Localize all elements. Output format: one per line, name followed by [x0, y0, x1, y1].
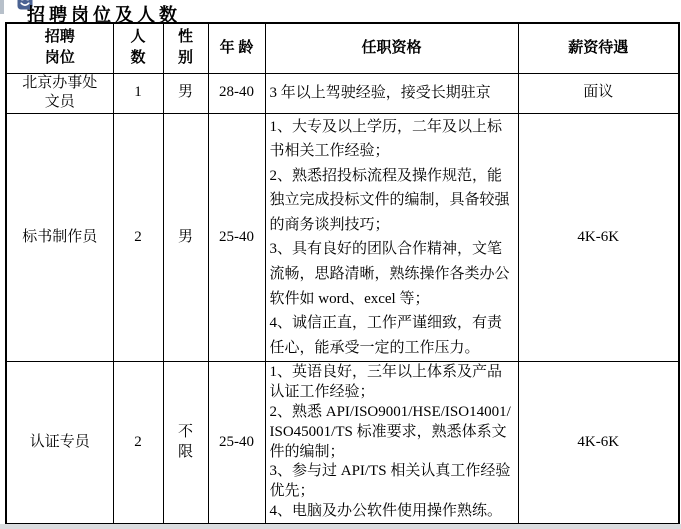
cell-gender[interactable]: 男 — [163, 113, 208, 362]
qualification-line: 4、电脑及办公软件使用操作熟练。 — [270, 502, 516, 522]
cell-qualifications[interactable]: 3 年以上驾驶经验，接受长期驻京 — [265, 73, 518, 113]
column-header-qualifications[interactable]: 任职资格 — [265, 23, 518, 73]
column-header-position[interactable]: 招聘 岗位 — [6, 23, 113, 73]
cell-salary[interactable]: 面议 — [518, 73, 679, 113]
column-header-salary[interactable]: 薪资待遇 — [518, 23, 679, 73]
page-bottom-edge — [0, 524, 681, 529]
recruitment-table: 招聘 岗位 人 数 性 别 年 龄 任职资格 薪资待遇 北京办事处 文员 1 男… — [5, 22, 680, 525]
cell-gender[interactable]: 男 — [163, 73, 208, 113]
table-row: 北京办事处 文员 1 男 28-40 3 年以上驾驶经验，接受长期驻京 面议 — [6, 73, 679, 113]
qualification-line: 3、具有良好的团队合作精神，文笔流畅，思路清晰，熟练操作各类办公软件如 word… — [270, 237, 516, 311]
cell-salary[interactable]: 4K-6K — [518, 362, 679, 524]
cell-count[interactable]: 2 — [113, 362, 163, 524]
cell-position[interactable]: 标书制作员 — [6, 113, 113, 362]
cell-count[interactable]: 2 — [113, 113, 163, 362]
cell-position[interactable]: 认证专员 — [6, 362, 113, 524]
qualification-line: 1、英语良好，三年以上体系及产品认证工作经验； — [270, 363, 516, 403]
qualification-line: 3、参与过 API/TS 相关认真工作经验优先； — [270, 462, 516, 502]
column-header-count[interactable]: 人 数 — [113, 23, 163, 73]
qualification-line: 4、诚信正直，工作严谨细致，有责任心，能承受一定的工作压力。 — [270, 311, 516, 360]
header-row: 招聘 岗位 人 数 性 别 年 龄 任职资格 薪资待遇 — [6, 23, 679, 73]
cell-qualifications[interactable]: 1、英语良好，三年以上体系及产品认证工作经验； 2、熟悉 API/ISO9001… — [265, 362, 518, 524]
cell-position[interactable]: 北京办事处 文员 — [6, 73, 113, 113]
column-header-gender[interactable]: 性 别 — [163, 23, 208, 73]
table-row: 认证专员 2 不 限 25-40 1、英语良好，三年以上体系及产品认证工作经验；… — [6, 362, 679, 524]
cell-gender[interactable]: 不 限 — [163, 362, 208, 524]
cell-qualifications[interactable]: 1、大专及以上学历，二年及以上标书相关工作经验； 2、熟悉招投标流程及操作规范，… — [265, 113, 518, 362]
qualification-line: 3 年以上驾驶经验，接受长期驻京 — [270, 83, 516, 103]
table-row: 标书制作员 2 男 25-40 1、大专及以上学历，二年及以上标书相关工作经验；… — [6, 113, 679, 362]
page-edge-fragment — [0, 0, 4, 14]
column-header-age[interactable]: 年 龄 — [208, 23, 265, 73]
cell-age[interactable]: 28-40 — [208, 73, 265, 113]
qualification-line: 2、熟悉招投标流程及操作规范，能独立完成投标文件的编制，具备较强的商务谈判技巧； — [270, 164, 516, 238]
cell-count[interactable]: 1 — [113, 73, 163, 113]
cell-age[interactable]: 25-40 — [208, 362, 265, 524]
qualification-line: 1、大专及以上学历，二年及以上标书相关工作经验； — [270, 115, 516, 164]
cell-age[interactable]: 25-40 — [208, 113, 265, 362]
cell-salary[interactable]: 4K-6K — [518, 113, 679, 362]
qualification-line: 2、熟悉 API/ISO9001/HSE/ISO14001/ISO45001/T… — [270, 403, 516, 462]
